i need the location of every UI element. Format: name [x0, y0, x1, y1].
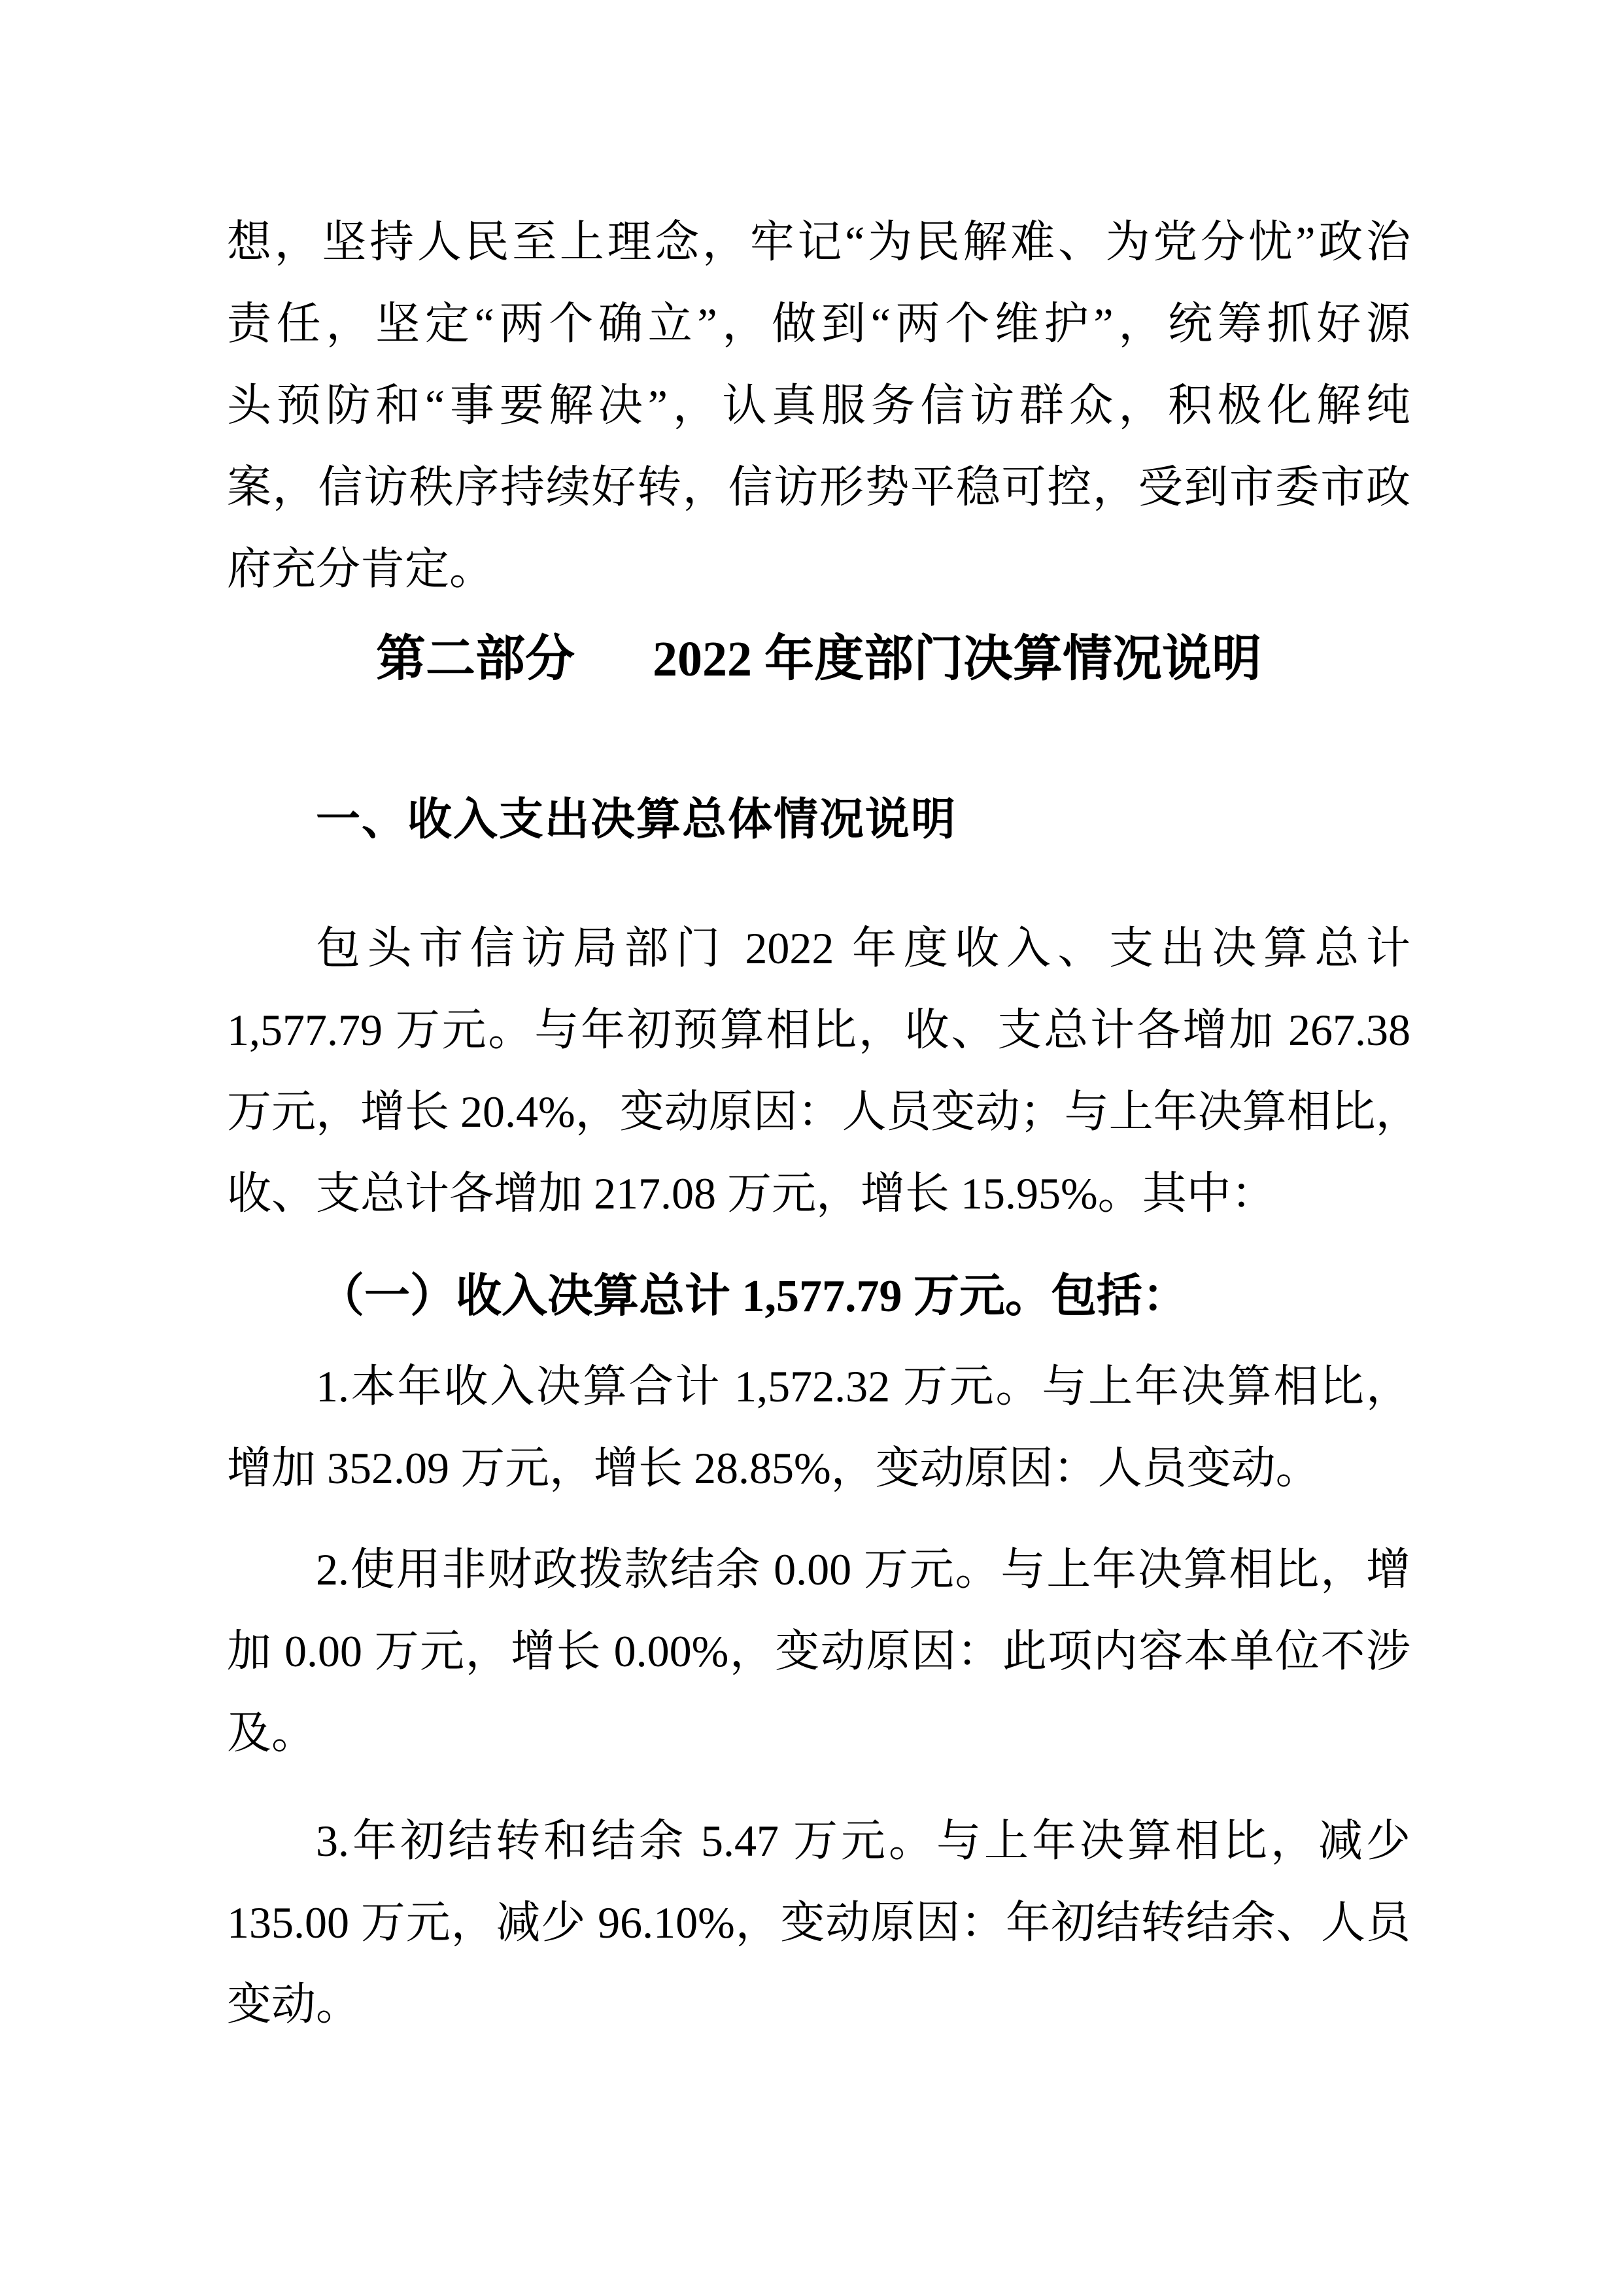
paragraph-line: 增加 352.09 万元，增长 28.85%，变动原因：人员变动。 [227, 1428, 1410, 1509]
part-heading: 第二部分 2022 年度部门决算情况说明 [227, 626, 1410, 692]
paragraph-line: 头预防和“事要解决”，认真服务信访群众，积极化解纯 [227, 365, 1410, 447]
page-content: 想，坚持人民至上理念，牢记“为民解难、为党分忧”政治 责任，坚定“两个确立”，做… [227, 201, 1410, 2046]
paragraph-line: 想，坚持人民至上理念，牢记“为民解难、为党分忧”政治 [227, 201, 1410, 283]
paragraph-line: 收、支总计各增加 217.08 万元，增长 15.95%。其中： [227, 1153, 1410, 1235]
paragraph-line: 135.00 万元，减少 96.10%，变动原因：年初结转结余、人员 [227, 1882, 1410, 1964]
document-page: 想，坚持人民至上理念，牢记“为民解难、为党分忧”政治 责任，坚定“两个确立”，做… [0, 0, 1623, 2296]
paragraph-line: 1,577.79 万元。与年初预算相比，收、支总计各增加 267.38 [227, 989, 1410, 1071]
paragraph-line: 变动。 [227, 1964, 1410, 2046]
paragraph-line: 2.使用非财政拨款结余 0.00 万元。与上年决算相比，增 [227, 1529, 1410, 1611]
paragraph-line: 3.年初结转和结余 5.47 万元。与上年决算相比，减少 [227, 1800, 1410, 1882]
item-paragraph-3: 3.年初结转和结余 5.47 万元。与上年决算相比，减少 135.00 万元，减… [227, 1800, 1410, 2046]
part-number: 第二部分 [376, 632, 575, 687]
item-paragraph-1: 1.本年收入决算合计 1,572.32 万元。与上年决算相比， 增加 352.0… [227, 1346, 1410, 1509]
paragraph-line: 及。 [227, 1692, 1410, 1774]
paragraph-line: 1.本年收入决算合计 1,572.32 万元。与上年决算相比， [227, 1346, 1410, 1428]
paragraph-line: 万元，增长 20.4%，变动原因：人员变动；与上年决算相比， [227, 1071, 1410, 1153]
item-paragraph-2: 2.使用非财政拨款结余 0.00 万元。与上年决算相比，增 加 0.00 万元，… [227, 1529, 1410, 1774]
subsection-heading-income-total: （一）收入决算总计 1,577.79 万元。包括： [227, 1261, 1410, 1333]
paragraph-line: 案，信访秩序持续好转，信访形势平稳可控，受到市委市政 [227, 447, 1410, 528]
intro-paragraph: 想，坚持人民至上理念，牢记“为民解难、为党分忧”政治 责任，坚定“两个确立”，做… [227, 201, 1410, 610]
overview-paragraph: 包头市信访局部门 2022 年度收入、支出决算总计 1,577.79 万元。与年… [227, 908, 1410, 1235]
paragraph-line: 府充分肯定。 [227, 528, 1410, 610]
part-title: 2022 年度部门决算情况说明 [653, 632, 1261, 687]
paragraph-line: 包头市信访局部门 2022 年度收入、支出决算总计 [227, 908, 1410, 989]
section-heading-income-expense-overview: 一、收入支出决算总体情况说明 [227, 787, 1410, 852]
paragraph-line: 加 0.00 万元，增长 0.00%，变动原因：此项内容本单位不涉 [227, 1611, 1410, 1692]
paragraph-line: 责任，坚定“两个确立”，做到“两个维护”，统筹抓好源 [227, 283, 1410, 365]
